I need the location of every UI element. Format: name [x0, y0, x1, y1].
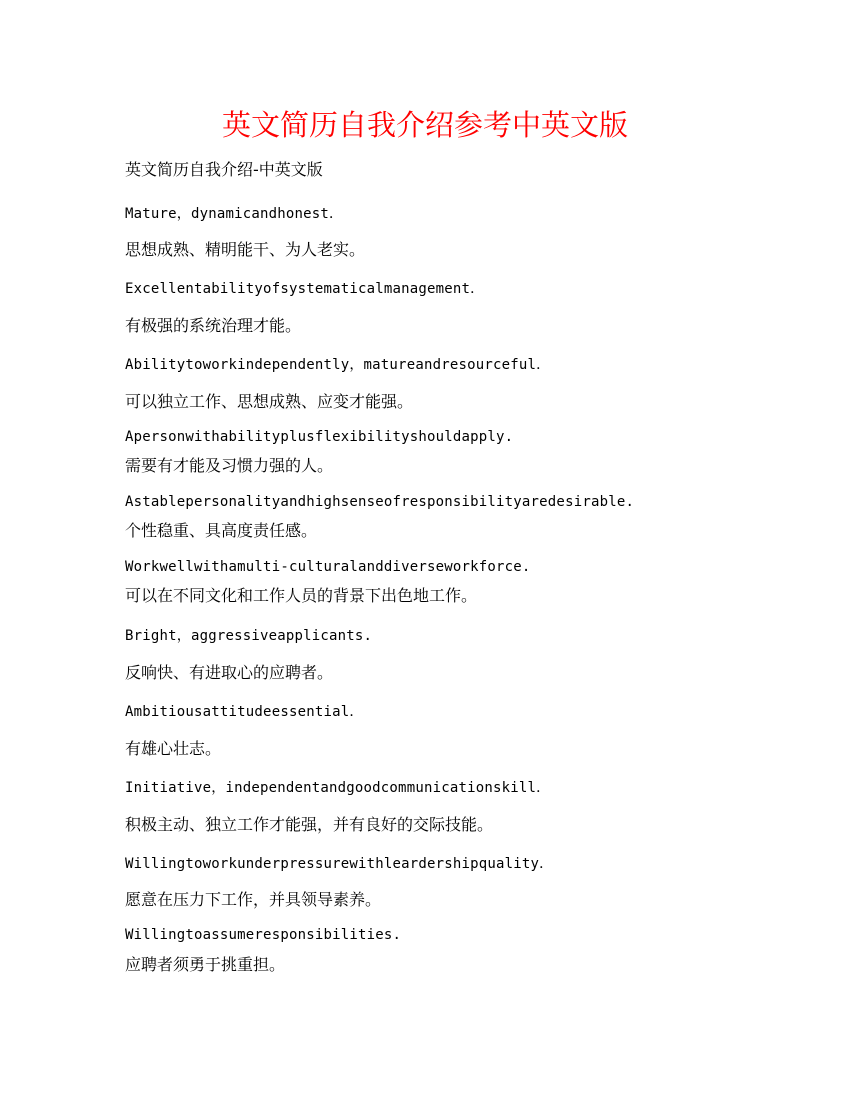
chinese-line: 个性稳重、具高度责任感。 — [125, 521, 317, 541]
english-line: Ambitiousattitudeessential． — [125, 702, 364, 722]
chinese-line: 反响快、有进取心的应聘者。 — [125, 663, 333, 683]
english-line: Workwellwithamulti-culturalanddiversewor… — [125, 557, 531, 577]
chinese-line: 可以独立工作、思想成熟、应变才能强。 — [125, 392, 413, 412]
chinese-line: 有雄心壮志。 — [125, 739, 221, 759]
english-line: Bright，aggressiveapplicants. — [125, 626, 372, 646]
english-line: Initiative，independentandgoodcommunicati… — [125, 778, 550, 798]
chinese-line: 积极主动、独立工作才能强，并有良好的交际技能。 — [125, 815, 493, 835]
chinese-line: 思想成熟、精明能干、为人老实。 — [125, 240, 365, 260]
chinese-line: 有极强的系统治理才能。 — [125, 316, 301, 336]
english-line: Mature，dynamicandhonest． — [125, 204, 343, 224]
document-page: 英文简历自我介绍参考中英文版 英文简历自我介绍-中英文版 Mature，dyna… — [0, 0, 850, 1100]
chinese-line: 愿意在压力下工作，并具领导素养。 — [125, 890, 381, 910]
english-line: Willingtoassumeresponsibilities. — [125, 925, 401, 945]
document-subtitle: 英文简历自我介绍-中英文版 — [125, 160, 323, 180]
english-line: Apersonwithabilityplusflexibilityshoulda… — [125, 427, 513, 447]
english-line: Abilitytoworkindependently，matureandreso… — [125, 355, 550, 375]
english-line: Astablepersonalityandhighsenseofresponsi… — [125, 492, 634, 512]
chinese-line: 应聘者须勇于挑重担。 — [125, 955, 285, 975]
document-title: 英文简历自我介绍参考中英文版 — [0, 106, 850, 144]
chinese-line: 需要有才能及习惯力强的人。 — [125, 456, 333, 476]
english-line: Excellentabilityofsystematicalmanagement… — [125, 279, 484, 299]
chinese-line: 可以在不同文化和工作人员的背景下出色地工作。 — [125, 586, 477, 606]
english-line: Willingtoworkunderpressurewithleardershi… — [125, 854, 553, 874]
